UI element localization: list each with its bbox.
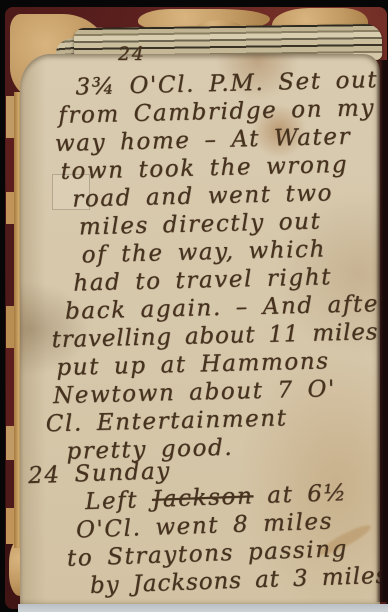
struck-word: Jackson	[152, 483, 254, 513]
journal-entry-1: 3¾ O'Cl. P.M. Set out from Cambridge on …	[53, 66, 386, 466]
cover-right-shadow	[376, 60, 388, 602]
journal-word: at 6½	[253, 480, 348, 509]
photo-bottom-strip	[18, 604, 388, 612]
journal-entry-2: 24 Sunday Left Jackson at 6½ O'Cl. went …	[28, 450, 383, 602]
diary-photo: 24 3¾ O'Cl. P.M. Set out from Cambridge …	[0, 0, 388, 612]
journal-word: Left	[85, 487, 153, 515]
marginal-date: 24	[118, 44, 145, 64]
